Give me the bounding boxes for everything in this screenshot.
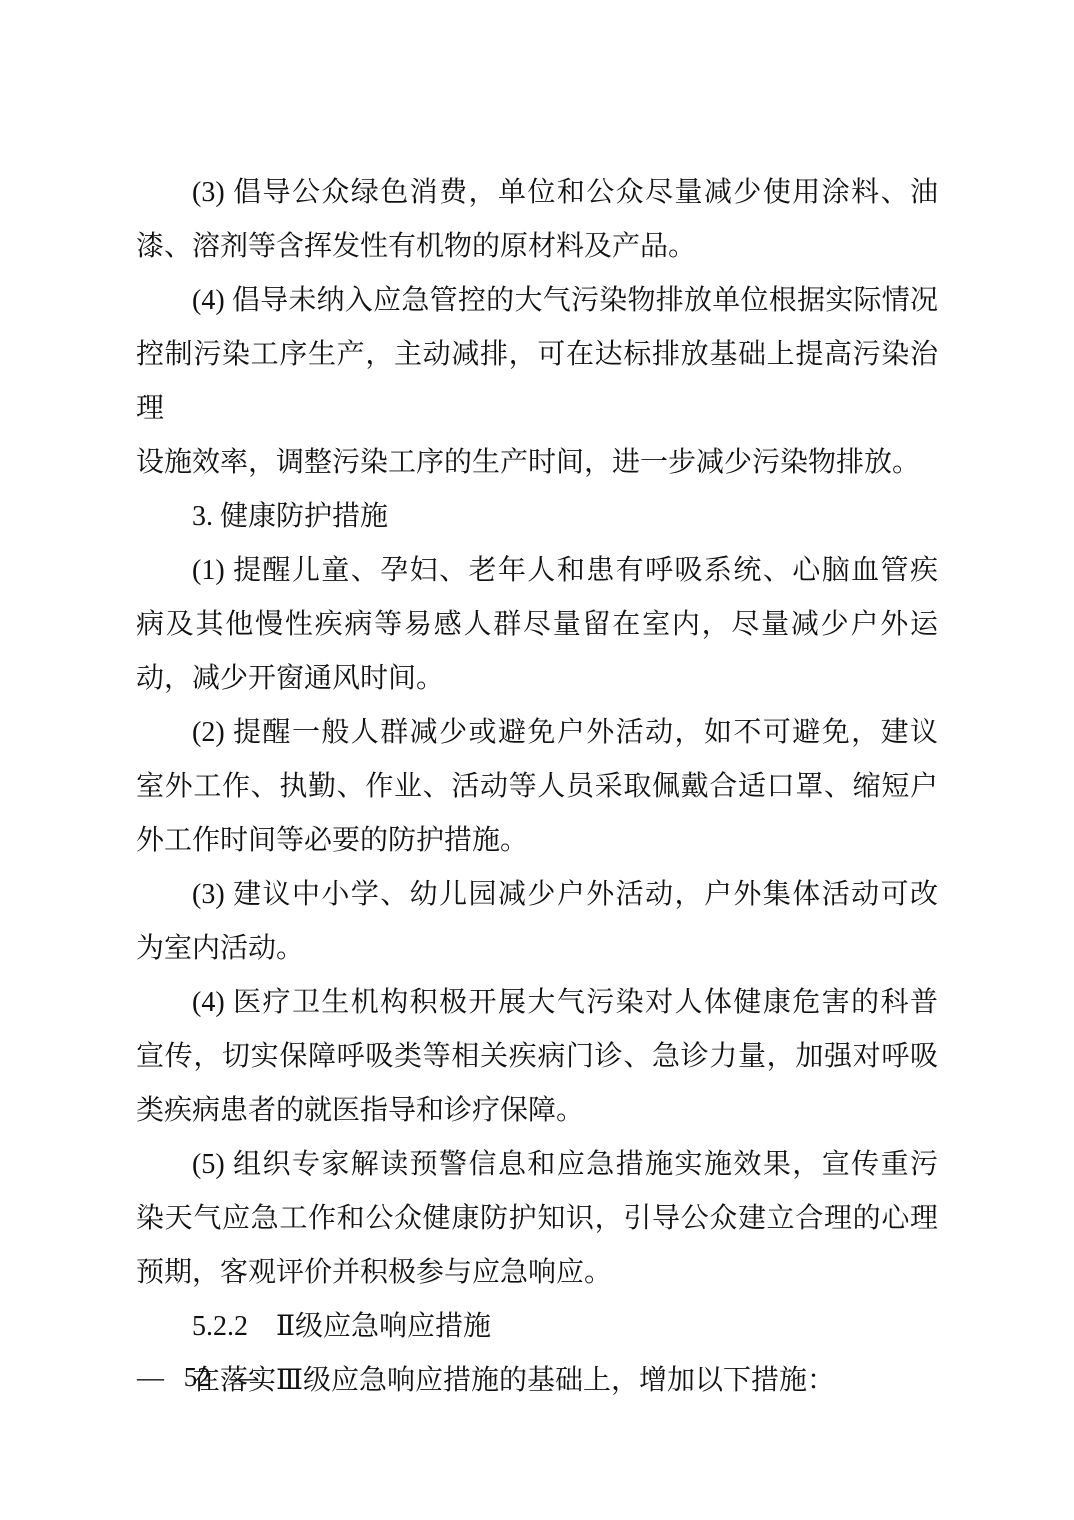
text-line: 漆、溶剂等含挥发性有机物的原材料及产品。 (136, 220, 938, 274)
text-line: 动，减少开窗通风时间。 (136, 652, 938, 706)
paragraph: (1) 提醒儿童、孕妇、老年人和患有呼吸系统、心脑血管疾 病及其他慢性疾病等易感… (136, 544, 938, 706)
paragraph: (3) 倡导公众绿色消费，单位和公众尽量减少使用涂料、油 漆、溶剂等含挥发性有机… (136, 166, 938, 274)
paragraph: (4) 倡导未纳入应急管控的大气污染物排放单位根据实际情况 控制污染工序生产，主… (136, 274, 938, 490)
text-line: (3) 倡导公众绿色消费，单位和公众尽量减少使用涂料、油 (136, 166, 938, 220)
text-line: 为室内活动。 (136, 922, 938, 976)
text-line: 预期，客观评价并积极参与应急响应。 (136, 1246, 938, 1300)
section-heading-line: 5.2.2 Ⅱ级应急响应措施 (136, 1300, 938, 1354)
section-heading: 5.2.2 Ⅱ级应急响应措施 (136, 1300, 938, 1354)
paragraph: (3) 建议中小学、幼儿园减少户外活动，户外集体活动可改 为室内活动。 (136, 868, 938, 976)
text-line: 外工作时间等必要的防护措施。 (136, 814, 938, 868)
text-line: 染天气应急工作和公众健康防护知识，引导公众建立合理的心理 (136, 1192, 938, 1246)
text-line: 控制污染工序生产，主动减排，可在达标排放基础上提高污染治理 (136, 328, 938, 436)
section-heading: 3. 健康防护措施 (136, 490, 938, 544)
paragraph: (5) 组织专家解读预警信息和应急措施实施效果，宣传重污 染天气应急工作和公众健… (136, 1138, 938, 1300)
document-body: (3) 倡导公众绿色消费，单位和公众尽量减少使用涂料、油 漆、溶剂等含挥发性有机… (136, 166, 938, 1408)
text-line: 室外工作、执勤、作业、活动等人员采取佩戴合适口罩、缩短户 (136, 760, 938, 814)
text-line: (1) 提醒儿童、孕妇、老年人和患有呼吸系统、心脑血管疾 (136, 544, 938, 598)
text-line: 病及其他慢性疾病等易感人群尽量留在室内，尽量减少户外运 (136, 598, 938, 652)
page-number: — 52 — (137, 1362, 258, 1392)
document-page: (3) 倡导公众绿色消费，单位和公众尽量减少使用涂料、油 漆、溶剂等含挥发性有机… (0, 0, 1074, 1520)
text-line: (4) 医疗卫生机构积极开展大气污染对人体健康危害的科普 (136, 976, 938, 1030)
paragraph: (4) 医疗卫生机构积极开展大气污染对人体健康危害的科普 宣传，切实保障呼吸类等… (136, 976, 938, 1138)
text-line: (3) 建议中小学、幼儿园减少户外活动，户外集体活动可改 (136, 868, 938, 922)
text-line: 类疾病患者的就医指导和诊疗保障。 (136, 1084, 938, 1138)
text-line: (5) 组织专家解读预警信息和应急措施实施效果，宣传重污 (136, 1138, 938, 1192)
paragraph: (2) 提醒一般人群减少或避免户外活动，如不可避免，建议 室外工作、执勤、作业、… (136, 706, 938, 868)
text-line: (2) 提醒一般人群减少或避免户外活动，如不可避免，建议 (136, 706, 938, 760)
text-line: 宣传，切实保障呼吸类等相关疾病门诊、急诊力量，加强对呼吸 (136, 1030, 938, 1084)
text-line: 设施效率，调整污染工序的生产时间，进一步减少污染物排放。 (136, 436, 938, 490)
section-heading-line: 3. 健康防护措施 (136, 490, 938, 544)
text-line: (4) 倡导未纳入应急管控的大气污染物排放单位根据实际情况 (136, 274, 938, 328)
